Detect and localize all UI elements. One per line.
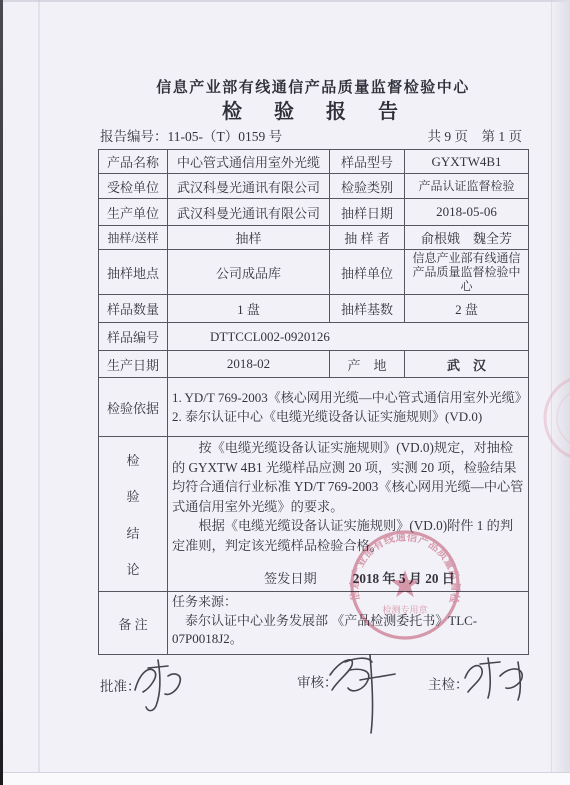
inspection-type-label: 检验类别 [330, 174, 405, 199]
sampling-date-label: 抽样日期 [330, 199, 405, 226]
report-number-value: 11-05-（T）0159 号 [168, 129, 283, 144]
conclusion-char-4: 论 [126, 559, 139, 578]
row-sampling-place: 抽样地点 公司成品库 抽样单位 信息产业部有线通信产品质量监督检验中心 [99, 250, 529, 295]
sample-model-label: 样品型号 [330, 150, 405, 174]
remark-label: 备 注 [99, 592, 168, 655]
sampling-mode-label: 抽样/送样 [99, 226, 168, 250]
basis-line-2: 2. 泰尔认证中心《电缆光缆设备认证实施规则》(VD.0) [172, 407, 524, 426]
paper-fold-line [38, 0, 40, 785]
row-sample-quantity: 样品数量 1 盘 抽样基数 2 盘 [99, 295, 529, 323]
inspected-unit-value: 武汉科曼光通讯有限公司 [168, 174, 330, 199]
row-production-date: 生产日期 2018-02 产 地 武 汉 [99, 351, 529, 378]
org-title: 信息产业部有线通信产品质量监督检验中心 [98, 76, 528, 97]
scan-bottom-edge [3, 772, 570, 785]
inspection-basis-label: 检验依据 [99, 378, 168, 437]
conclusion-label: 检 验 结 论 [99, 437, 168, 592]
stamp-arc-text: 信息产业部有线通信产品质量监督检验中心 [330, 508, 462, 605]
product-name-value: 中心管式通信用室外光缆 [168, 150, 330, 174]
svg-text:信息产业部有线通信产品质量监督检验中心: 信息产业部有线通信产品质量监督检验中心 [330, 508, 462, 605]
production-date-label: 生产日期 [99, 351, 168, 378]
row-product: 产品名称 中心管式通信用室外光缆 样品型号 GYXTW4B1 [99, 150, 529, 174]
row-sampling-mode: 抽样/送样 抽样 抽 样 者 俞根娥 魏全芳 [99, 226, 529, 250]
issue-date-label: 签发日期 [264, 569, 317, 589]
sampler-label: 抽 样 者 [330, 226, 405, 250]
sampling-base-value: 2 盘 [405, 295, 529, 323]
row-manufacturer: 生产单位 武汉科曼光通讯有限公司 抽样日期 2018-05-06 [99, 199, 529, 226]
manufacturer-value: 武汉科曼光通讯有限公司 [168, 199, 330, 226]
sampling-mode-value: 抽样 [168, 226, 330, 250]
handwritten-signatures [90, 648, 560, 748]
approver-signature [135, 660, 180, 711]
sample-model-value: GYXTW4B1 [405, 150, 529, 174]
sampler-value: 俞根娥 魏全芳 [405, 226, 529, 250]
partial-edge-stamp [525, 368, 570, 478]
basis-line-1: 1. YD/T 769-2003《核心网用光缆—中心管式通信用室外光缆》 [172, 388, 524, 407]
row-inspection-basis: 检验依据 1. YD/T 769-2003《核心网用光缆—中心管式通信用室外光缆… [99, 378, 529, 437]
sampling-unit-value: 信息产业部有线通信产品质量监督检验中心 [405, 250, 529, 295]
sampling-place-value: 公司成品库 [168, 250, 330, 295]
conclusion-char-3: 结 [126, 523, 139, 542]
conclusion-paragraph-1: 按《电缆光缆设备认证实施规则》(VD.0)规定，对抽检的 GYXTW 4B1 光… [172, 438, 524, 516]
scan-top-edge [3, 0, 570, 2]
report-title: 检 验 报 告 [98, 95, 528, 124]
sampling-base-label: 抽样基数 [330, 295, 405, 323]
reviewer-signature [330, 655, 395, 733]
inspection-type-value: 产品认证监督检验 [405, 174, 529, 199]
inspection-basis-value: 1. YD/T 769-2003《核心网用光缆—中心管式通信用室外光缆》 2. … [168, 378, 529, 437]
scan-left-edge [0, 0, 3, 785]
sampling-date-value: 2018-05-06 [405, 199, 529, 226]
sample-quantity-value: 1 盘 [168, 295, 330, 323]
row-inspected-unit: 受检单位 武汉科曼光通讯有限公司 检验类别 产品认证监督检验 [99, 174, 529, 199]
origin-label: 产 地 [330, 351, 405, 378]
stamp-center-text: 检测专用章 [382, 604, 427, 615]
sample-number-label: 样品编号 [99, 323, 168, 351]
row-sample-number: 样品编号 DTTCCL002-0920126 [99, 323, 529, 351]
sampling-place-label: 抽样地点 [99, 250, 168, 295]
manufacturer-label: 生产单位 [99, 199, 168, 226]
report-number-label: 报告编号： [100, 129, 168, 144]
production-date-value: 2018-02 [168, 351, 330, 378]
inspected-unit-label: 受检单位 [99, 174, 168, 199]
origin-value: 武 汉 [405, 351, 529, 378]
product-name-label: 产品名称 [99, 150, 168, 174]
chief-inspector-signature [465, 658, 522, 700]
report-number: 报告编号：11-05-（T）0159 号 [100, 125, 282, 145]
sampling-unit-label: 抽样单位 [330, 250, 405, 295]
conclusion-char-2: 验 [126, 486, 139, 505]
sample-quantity-label: 样品数量 [99, 295, 168, 323]
official-seal-stamp: 信息产业部有线通信产品质量监督检验中心 检测专用章 [330, 508, 480, 658]
conclusion-char-1: 检 [126, 450, 139, 469]
stamp-star-icon [391, 570, 420, 597]
sample-number-value: DTTCCL002-0920126 [168, 323, 529, 351]
page-count: 共 9 页 第 1 页 [428, 125, 523, 145]
